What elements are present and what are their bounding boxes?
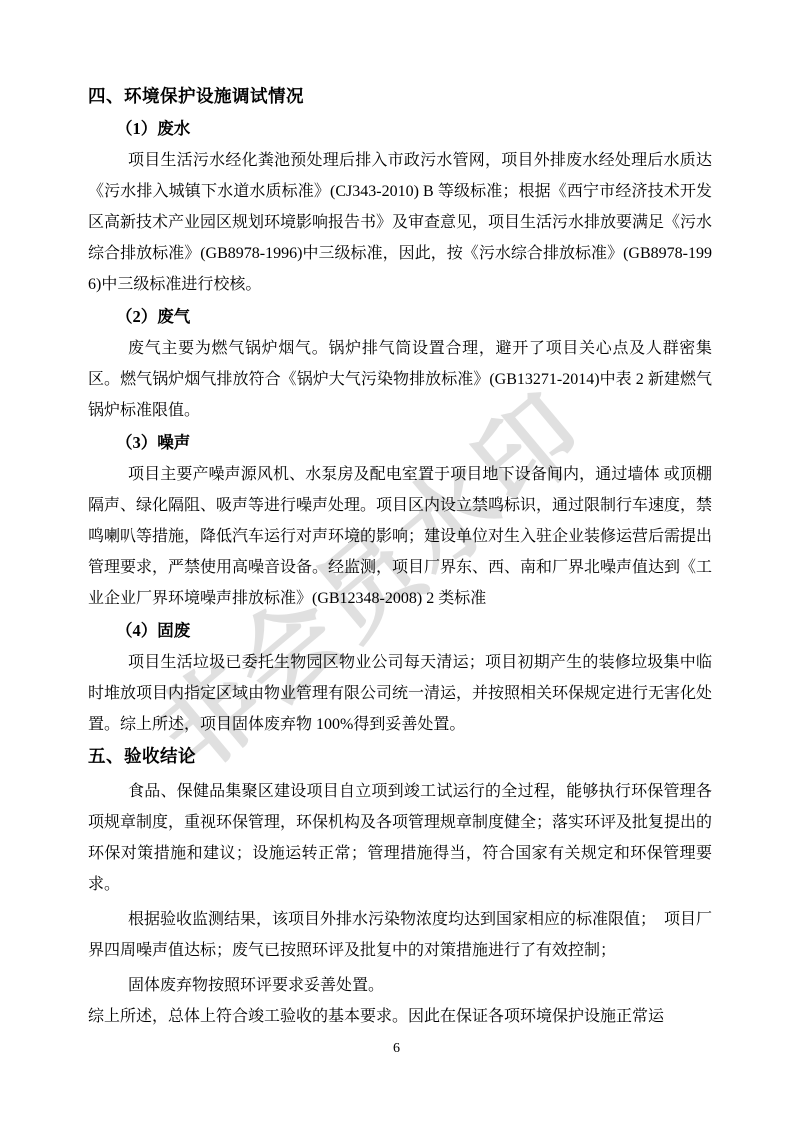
subsection-solid-waste-heading: （4）固废 — [116, 620, 712, 641]
document-page: 非会员水印 四、环境保护设施调试情况 （1）废水 项目生活污水经化粪池预处理后排… — [0, 0, 793, 1122]
subsection-noise-heading: （3）噪声 — [116, 432, 712, 453]
subsection-wastewater-heading: （1）废水 — [116, 118, 712, 139]
section-four-title: 四、环境保护设施调试情况 — [88, 86, 712, 107]
subsection-exhaust-gas-body: 废气主要为燃气锅炉烟气。锅炉排气筒设置合理，避开了项目关心点及人群密集区。燃气锅… — [88, 333, 712, 426]
subsection-noise-body: 项目主要产噪声源风机、水泵房及配电室置于项目地下设备间内，通过墙体 或顶棚隔声、… — [88, 459, 712, 614]
conclusion-paragraph-monitoring: 根据验收监测结果，该项目外排水污染物浓度均达到国家相应的标准限值； 项目厂界四周… — [88, 904, 712, 966]
conclusion-paragraph-solid-waste: 固体废弃物按照环评要求妥善处置。 — [88, 970, 712, 1001]
document-content: 四、环境保护设施调试情况 （1）废水 项目生活污水经化粪池预处理后排入市政污水管… — [88, 86, 712, 1032]
subsection-wastewater-body: 项目生活污水经化粪池预处理后排入市政污水管网，项目外排废水经处理后水质达《污水排… — [88, 145, 712, 300]
page-number: 6 — [0, 1040, 793, 1058]
subsection-solid-waste-body: 项目生活垃圾已委托生物园区物业公司每天清运；项目初期产生的装修垃圾集中临时堆放项… — [88, 647, 712, 740]
conclusion-paragraph-summary: 综上所述，总体上符合竣工验收的基本要求。因此在保证各项环境保护设施正常运 — [88, 1001, 712, 1032]
conclusion-paragraph-overall: 食品、保健品集聚区建设项目自立项到竣工试运行的全过程，能够执行环保管理各项规章制… — [88, 776, 712, 900]
subsection-exhaust-gas-heading: （2）废气 — [116, 306, 712, 327]
section-five-title: 五、验收结论 — [88, 746, 712, 767]
